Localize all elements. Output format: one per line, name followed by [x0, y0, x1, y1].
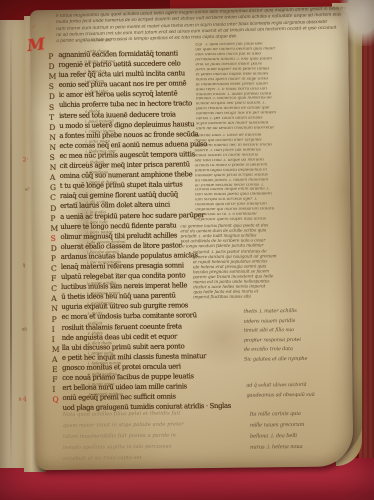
commentary-block: thetis .i. mater achillisuidens nauem pa… [243, 306, 356, 364]
interlinear-gloss: o musa · famosa [84, 58, 114, 63]
interlinear-gloss: i. iter nauigationis [87, 260, 121, 265]
interlinear-gloss: i. poete et duces [86, 179, 117, 184]
commentary-line: eum ne ad bellum troianum duceretur [196, 126, 346, 133]
line-initial: D [49, 123, 55, 132]
interlinear-gloss: s. thetis [88, 331, 103, 336]
red-line-initial: S [50, 234, 55, 243]
interlinear-gloss: i. in stadio [86, 209, 106, 214]
interlinear-gloss: i. hecube somniū [87, 250, 119, 255]
line-initial: F [51, 274, 56, 283]
interlinear-gloss: i. ante ludit [86, 219, 107, 224]
commentary-line: gaudeamus ad obsequiū suū [246, 389, 358, 400]
commentary-line: nurus .i. helena noua [250, 441, 362, 453]
margin-mark: ⸍ [32, 24, 36, 33]
margin-mark: u q̃ [18, 396, 26, 402]
interlinear-gloss: i. protei uatis [88, 351, 113, 356]
bottom-added-note: Nota quod achilles filius pelei et theti… [63, 408, 239, 465]
interlinear-gloss: i. mater achillis [87, 280, 116, 285]
interlinear-gloss: i. achillem [85, 78, 104, 83]
margin-mark: uñ [22, 326, 27, 331]
interlinear-gloss: i. helenam nurum [88, 361, 121, 366]
interlinear-gloss: s. de genere dardani [87, 239, 126, 244]
line-initial: P [51, 314, 56, 323]
commentary-line: imperat fluctibus inuisis sibi [193, 293, 349, 300]
line-initial: T [49, 113, 54, 122]
line-initial: N [49, 143, 56, 152]
interlinear-gloss: i. nympharum [87, 300, 113, 305]
commentary-block: Ita mille carinis quiamille naues grecor… [250, 408, 363, 453]
interlinear-gloss: s. grecorū regibus [88, 391, 122, 396]
line-initial: M [50, 224, 58, 233]
interlinear-gloss: i. paris pastor [86, 229, 112, 234]
interlinear-gloss: explicat [88, 320, 103, 325]
line-initial: C [51, 284, 57, 293]
interlinear-gloss: s. celo diuino [84, 48, 109, 53]
line-initial: C [51, 264, 57, 273]
manuscript-page: M S tatius magnanimū quia quod achilles … [30, 6, 354, 470]
line-initial: N [51, 304, 58, 313]
line-initial: N [49, 133, 56, 142]
interlinear-gloss: s. maris [87, 310, 102, 315]
interlinear-gloss: s. dicit thetis [88, 340, 112, 345]
line-initial: S [50, 153, 55, 162]
line-initial: A [52, 355, 58, 364]
interlinear-gloss: i. achillem ioui [84, 38, 111, 43]
commentary-block: cui gemine laurus florent quia poeta et … [180, 222, 348, 249]
line-initial: D [50, 203, 56, 212]
interlinear-gloss: i. maria greca [88, 381, 114, 386]
line-initial: P [48, 52, 53, 61]
line-initial: G [50, 183, 56, 192]
interlinear-gloss: i. thebanus ager [85, 149, 116, 154]
margin-mark: 2· [23, 156, 29, 163]
interlinear-gloss: s. thebani [86, 159, 104, 164]
line-initial: M [49, 72, 57, 81]
interlinear-gloss: i. homerico [84, 68, 105, 73]
bottom-note-line: occubuit et sic troia capta est [63, 452, 238, 465]
commentary-line: Sic galatea et alie nymphe [244, 354, 356, 365]
line-initial: N [50, 163, 57, 172]
line-initial: F [52, 375, 57, 384]
margin-mark: al’ [25, 186, 30, 191]
line-initial: I [52, 385, 55, 394]
interlinear-gloss: i. responsa protei [87, 290, 120, 295]
interlinear-gloss: o domitiane [86, 169, 108, 174]
line-initial: E [52, 365, 58, 374]
commentary-block: ad q̄ soluit ulixes uictoriāgaudeamus ad… [246, 379, 358, 400]
interlinear-gloss: i. uittis poete [85, 139, 110, 144]
margin-mark: q̃ [23, 262, 26, 267]
interlinear-gloss: i. ulixis tuba [85, 88, 108, 93]
line-initial: P [50, 214, 55, 223]
red-line-initial: Q [52, 395, 58, 404]
line-initial: D [49, 92, 55, 101]
line-initial: I [52, 325, 55, 334]
facing-page-crease [10, 24, 12, 464]
interlinear-gloss: s. dū scribo [86, 199, 108, 204]
interlinear-gloss: i. corona laurea [85, 128, 115, 133]
commentary-block: dulichia tuba .i. ulixis de dulichioinsu… [194, 132, 347, 223]
line-initial: P [51, 254, 56, 263]
rubricated-initial-M: M [26, 34, 46, 55]
manuscript-photo: M S tatius magnanimū quia quod achilles … [0, 0, 374, 500]
line-initial: S [49, 82, 54, 91]
commentary-block: soluerat .i. paris pastor dardanus degen… [193, 248, 350, 300]
line-initial: A [51, 294, 57, 303]
line-initial: S [49, 103, 54, 112]
line-initial: D [51, 244, 57, 253]
verse-line: Qs. grecorū regibusuod plaga graiugenū t… [62, 393, 232, 405]
interlinear-gloss: i. nouā materiā [85, 118, 113, 123]
commentary-block: Eql’ .i. quia achilles fuit filius deeue… [195, 41, 346, 132]
line-initial: C [50, 193, 56, 202]
corner-damage-patch [340, 0, 374, 46]
line-initial: A [50, 173, 56, 182]
interlinear-gloss: o phebe [85, 108, 100, 113]
line-initial: I [52, 335, 55, 344]
line-initial: D [48, 62, 54, 71]
line-initial: M [52, 345, 60, 354]
interlinear-gloss: i. mille nauibus [88, 371, 117, 376]
